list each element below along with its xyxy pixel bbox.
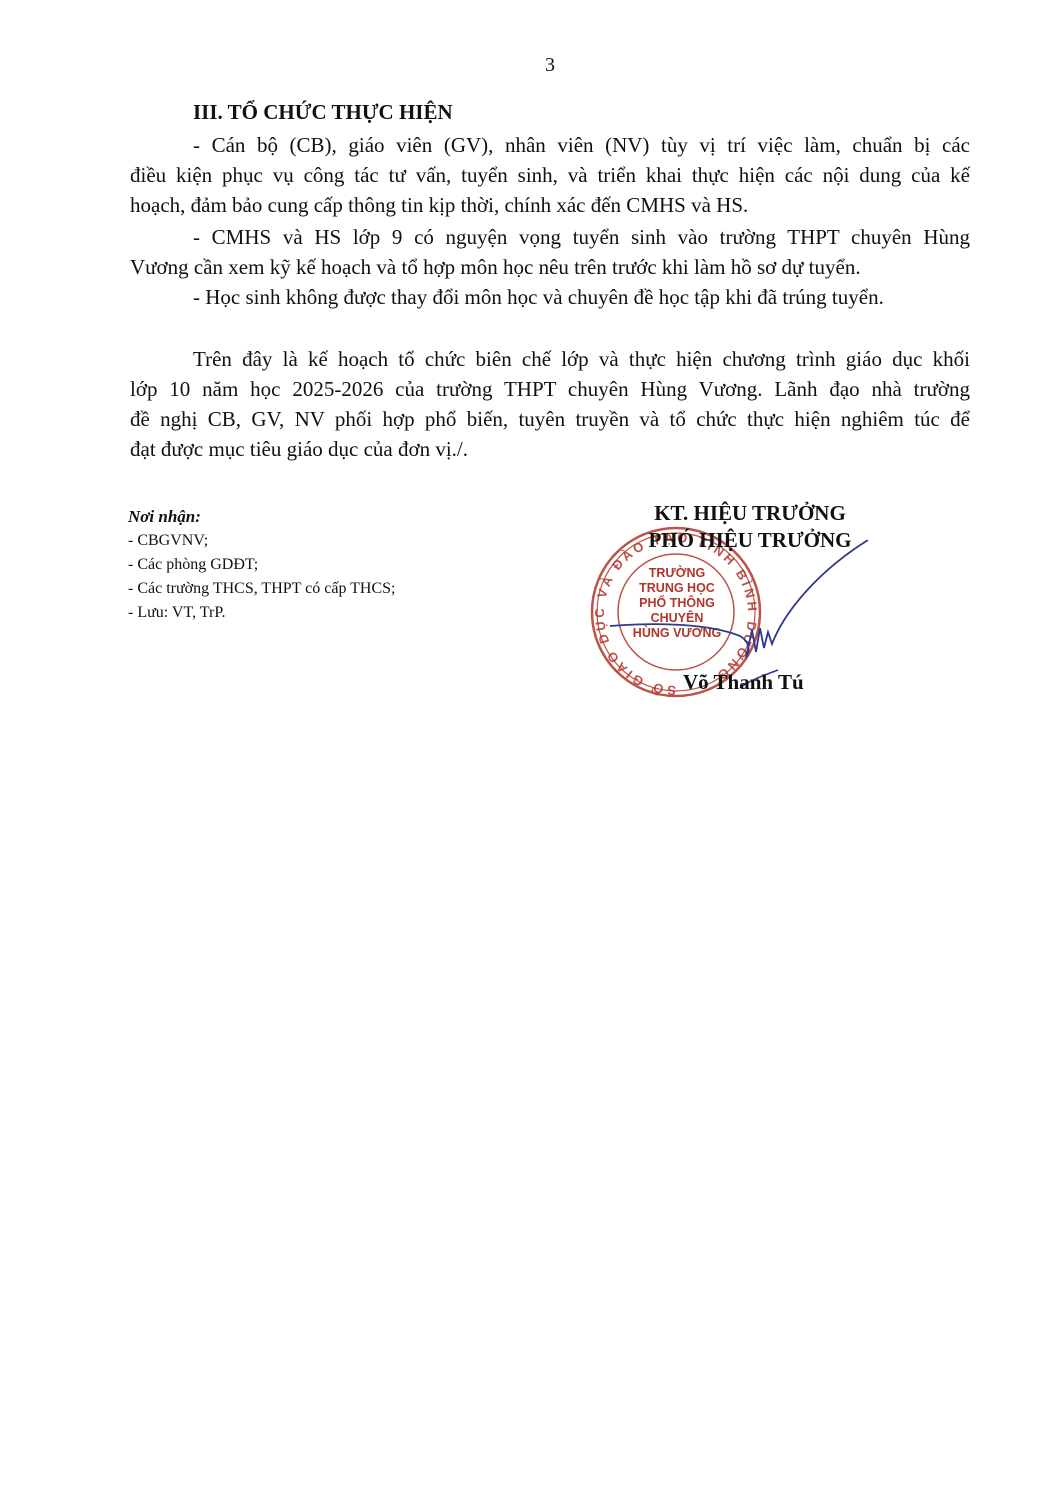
signature-title-1: KT. HIỆU TRƯỞNG [620, 500, 880, 527]
signer-name: Võ Thanh Tú [683, 670, 804, 695]
recipient-item: - Các trường THCS, THPT có cấp THCS; [128, 577, 396, 601]
text-line: Trên đây là kế hoạch tổ chức biên chế lớ… [130, 344, 970, 374]
text-line: Vương cần xem kỹ kế hoạch và tổ hợp môn … [130, 252, 970, 282]
recipients-title: Nơi nhận: [128, 505, 396, 529]
section-item-3: - Học sinh không được thay đổi môn học v… [130, 282, 970, 312]
text-line: hoạch, đảm bảo cung cấp thông tin kịp th… [130, 190, 970, 220]
text-line: - Học sinh không được thay đổi môn học v… [130, 282, 970, 312]
section-heading: III. TỔ CHỨC THỰC HIỆN [193, 100, 453, 125]
text-line: đạt được mục tiêu giáo dục của đơn vị./. [130, 434, 970, 464]
closing-paragraph: Trên đây là kế hoạch tổ chức biên chế lớ… [130, 344, 970, 464]
text-line: đề nghị CB, GV, NV phối hợp phổ biến, tu… [130, 404, 970, 434]
text-line: lớp 10 năm học 2025-2026 của trường THPT… [130, 374, 970, 404]
page-number: 3 [0, 54, 1061, 77]
recipients-block: Nơi nhận: - CBGVNV; - Các phòng GDĐT; - … [128, 505, 396, 625]
section-item-1: - Cán bộ (CB), giáo viên (GV), nhân viên… [130, 130, 970, 220]
text-line: - CMHS và HS lớp 9 có nguyện vọng tuyển … [130, 222, 970, 252]
recipient-item: - Các phòng GDĐT; [128, 553, 396, 577]
text-line: - Cán bộ (CB), giáo viên (GV), nhân viên… [130, 130, 970, 160]
section-item-2: - CMHS và HS lớp 9 có nguyện vọng tuyển … [130, 222, 970, 282]
recipient-item: - Lưu: VT, TrP. [128, 601, 396, 625]
text-line: điều kiện phục vụ công tác tư vấn, tuyển… [130, 160, 970, 190]
recipient-item: - CBGVNV; [128, 529, 396, 553]
